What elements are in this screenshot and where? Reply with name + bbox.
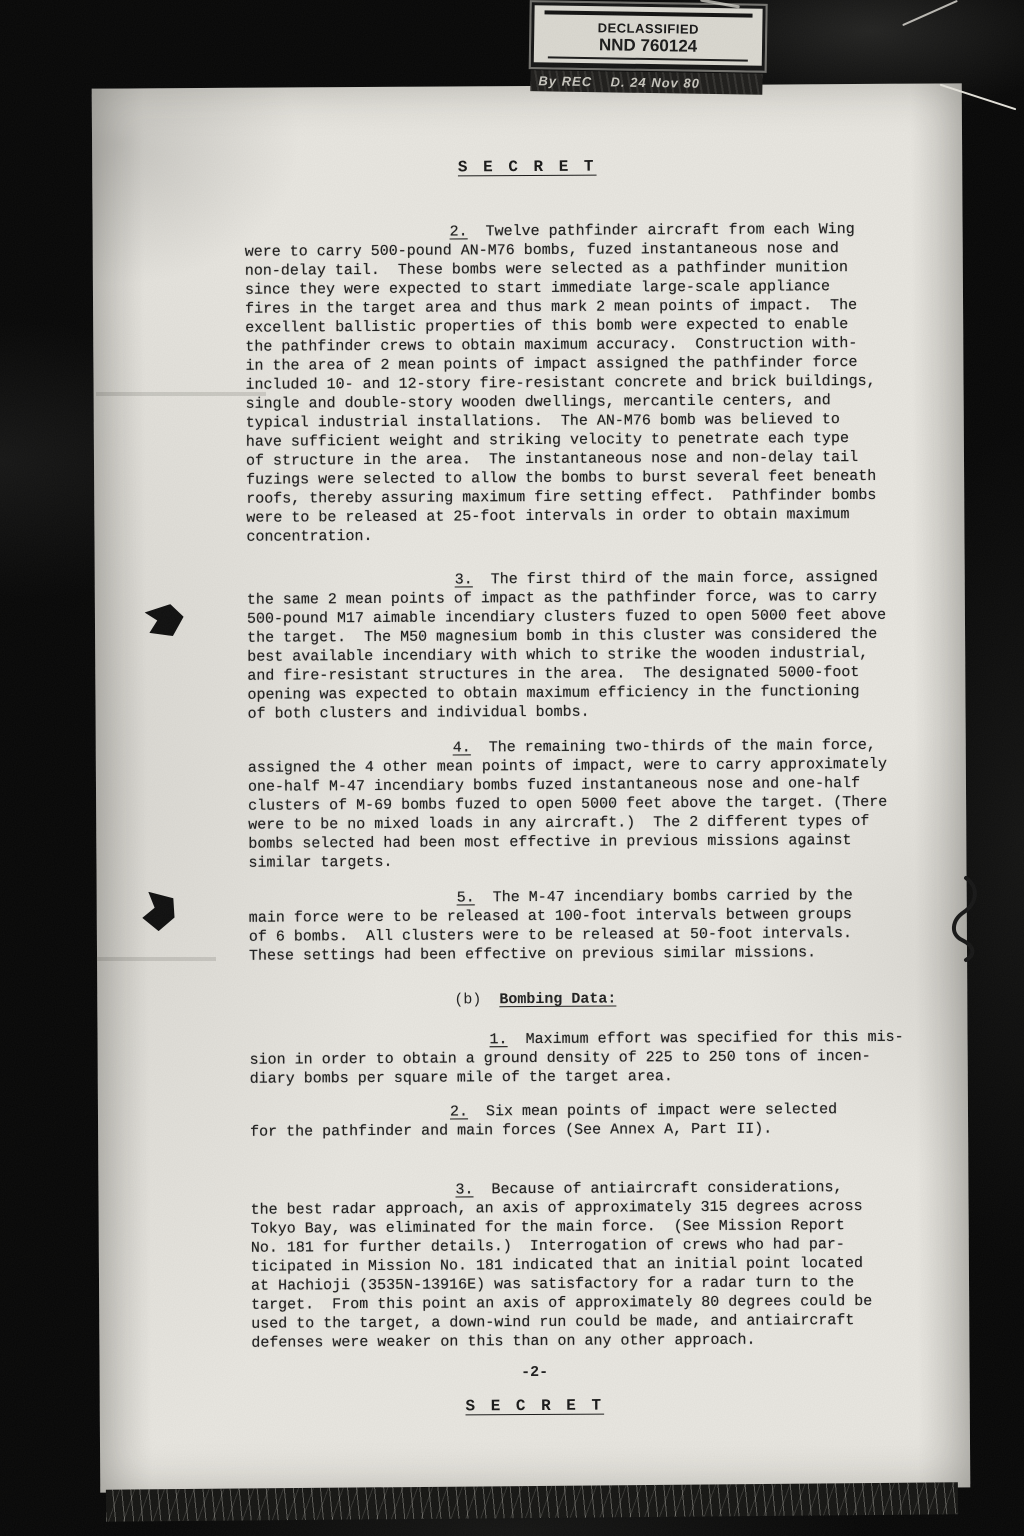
paragraph-text: The first third of the main force, assig… — [247, 569, 886, 723]
scan-background: S E C R E T 2. Twelve pathfinder aircraf… — [0, 0, 1024, 1536]
heading-label: (b) — [454, 991, 481, 1008]
paragraph-5: 5. The M-47 incendiary bombs carried by … — [249, 886, 913, 966]
paragraph-number: 3. — [455, 1181, 473, 1198]
paragraph-number: 1. — [489, 1031, 507, 1048]
document-page: S E C R E T 2. Twelve pathfinder aircraf… — [92, 83, 971, 1492]
paragraph-text: Because of antiaircraft considerations, … — [251, 1179, 873, 1352]
paragraph-4: 4. The remaining two-thirds of the main … — [248, 736, 913, 873]
paragraph-number: 4. — [453, 739, 471, 756]
paragraph-number: 2. — [450, 223, 468, 240]
classification-footer: S E C R E T — [100, 1394, 970, 1417]
paragraph-text: Twelve pathfinder aircraft from each Win… — [245, 221, 877, 546]
paragraph-number: 5. — [457, 889, 475, 906]
paragraph-number: 3. — [455, 571, 473, 588]
paragraph-number: 2. — [450, 1103, 468, 1120]
sub-paragraph-1: 1. Maximum effort was specified for this… — [249, 1028, 913, 1089]
scan-scratch-band — [106, 1482, 958, 1521]
sub-paragraph-3: 3. Because of antiaircraft consideration… — [250, 1178, 915, 1353]
stamp-rule — [545, 10, 753, 17]
pen-squiggle — [936, 874, 990, 964]
stamp-box: DECLASSIFIED NND 760124 — [531, 2, 766, 71]
scan-streak — [96, 392, 266, 396]
scan-streak — [96, 957, 216, 961]
heading-title: Bombing Data: — [499, 990, 616, 1008]
scan-scratch — [902, 0, 958, 26]
paragraph-text: Six mean points of impact were selected … — [250, 1101, 837, 1141]
sub-paragraph-2: 2. Six mean points of impact were select… — [250, 1100, 914, 1142]
page-number: -2- — [100, 1361, 970, 1383]
paragraph-text: The remaining two-thirds of the main for… — [248, 737, 887, 872]
stamp-date-band: By REC D. 24 Nov 80 — [530, 70, 762, 95]
stamp-nnd-number: NND 760124 — [548, 34, 748, 61]
paragraph-text: The M-47 incendiary bombs carried by the… — [249, 887, 853, 965]
declassified-stamp: DECLASSIFIED NND 760124 By REC D. 24 Nov… — [530, 2, 765, 95]
bombing-data-heading: (b)Bombing Data: — [454, 988, 913, 1010]
paragraph-text: Maximum effort was specified for this mi… — [250, 1029, 904, 1088]
paragraph-3: 3. The first third of the main force, as… — [247, 568, 912, 724]
document-body: 2. Twelve pathfinder aircraft from each … — [92, 173, 969, 1353]
paragraph-2: 2. Twelve pathfinder aircraft from each … — [245, 220, 911, 547]
